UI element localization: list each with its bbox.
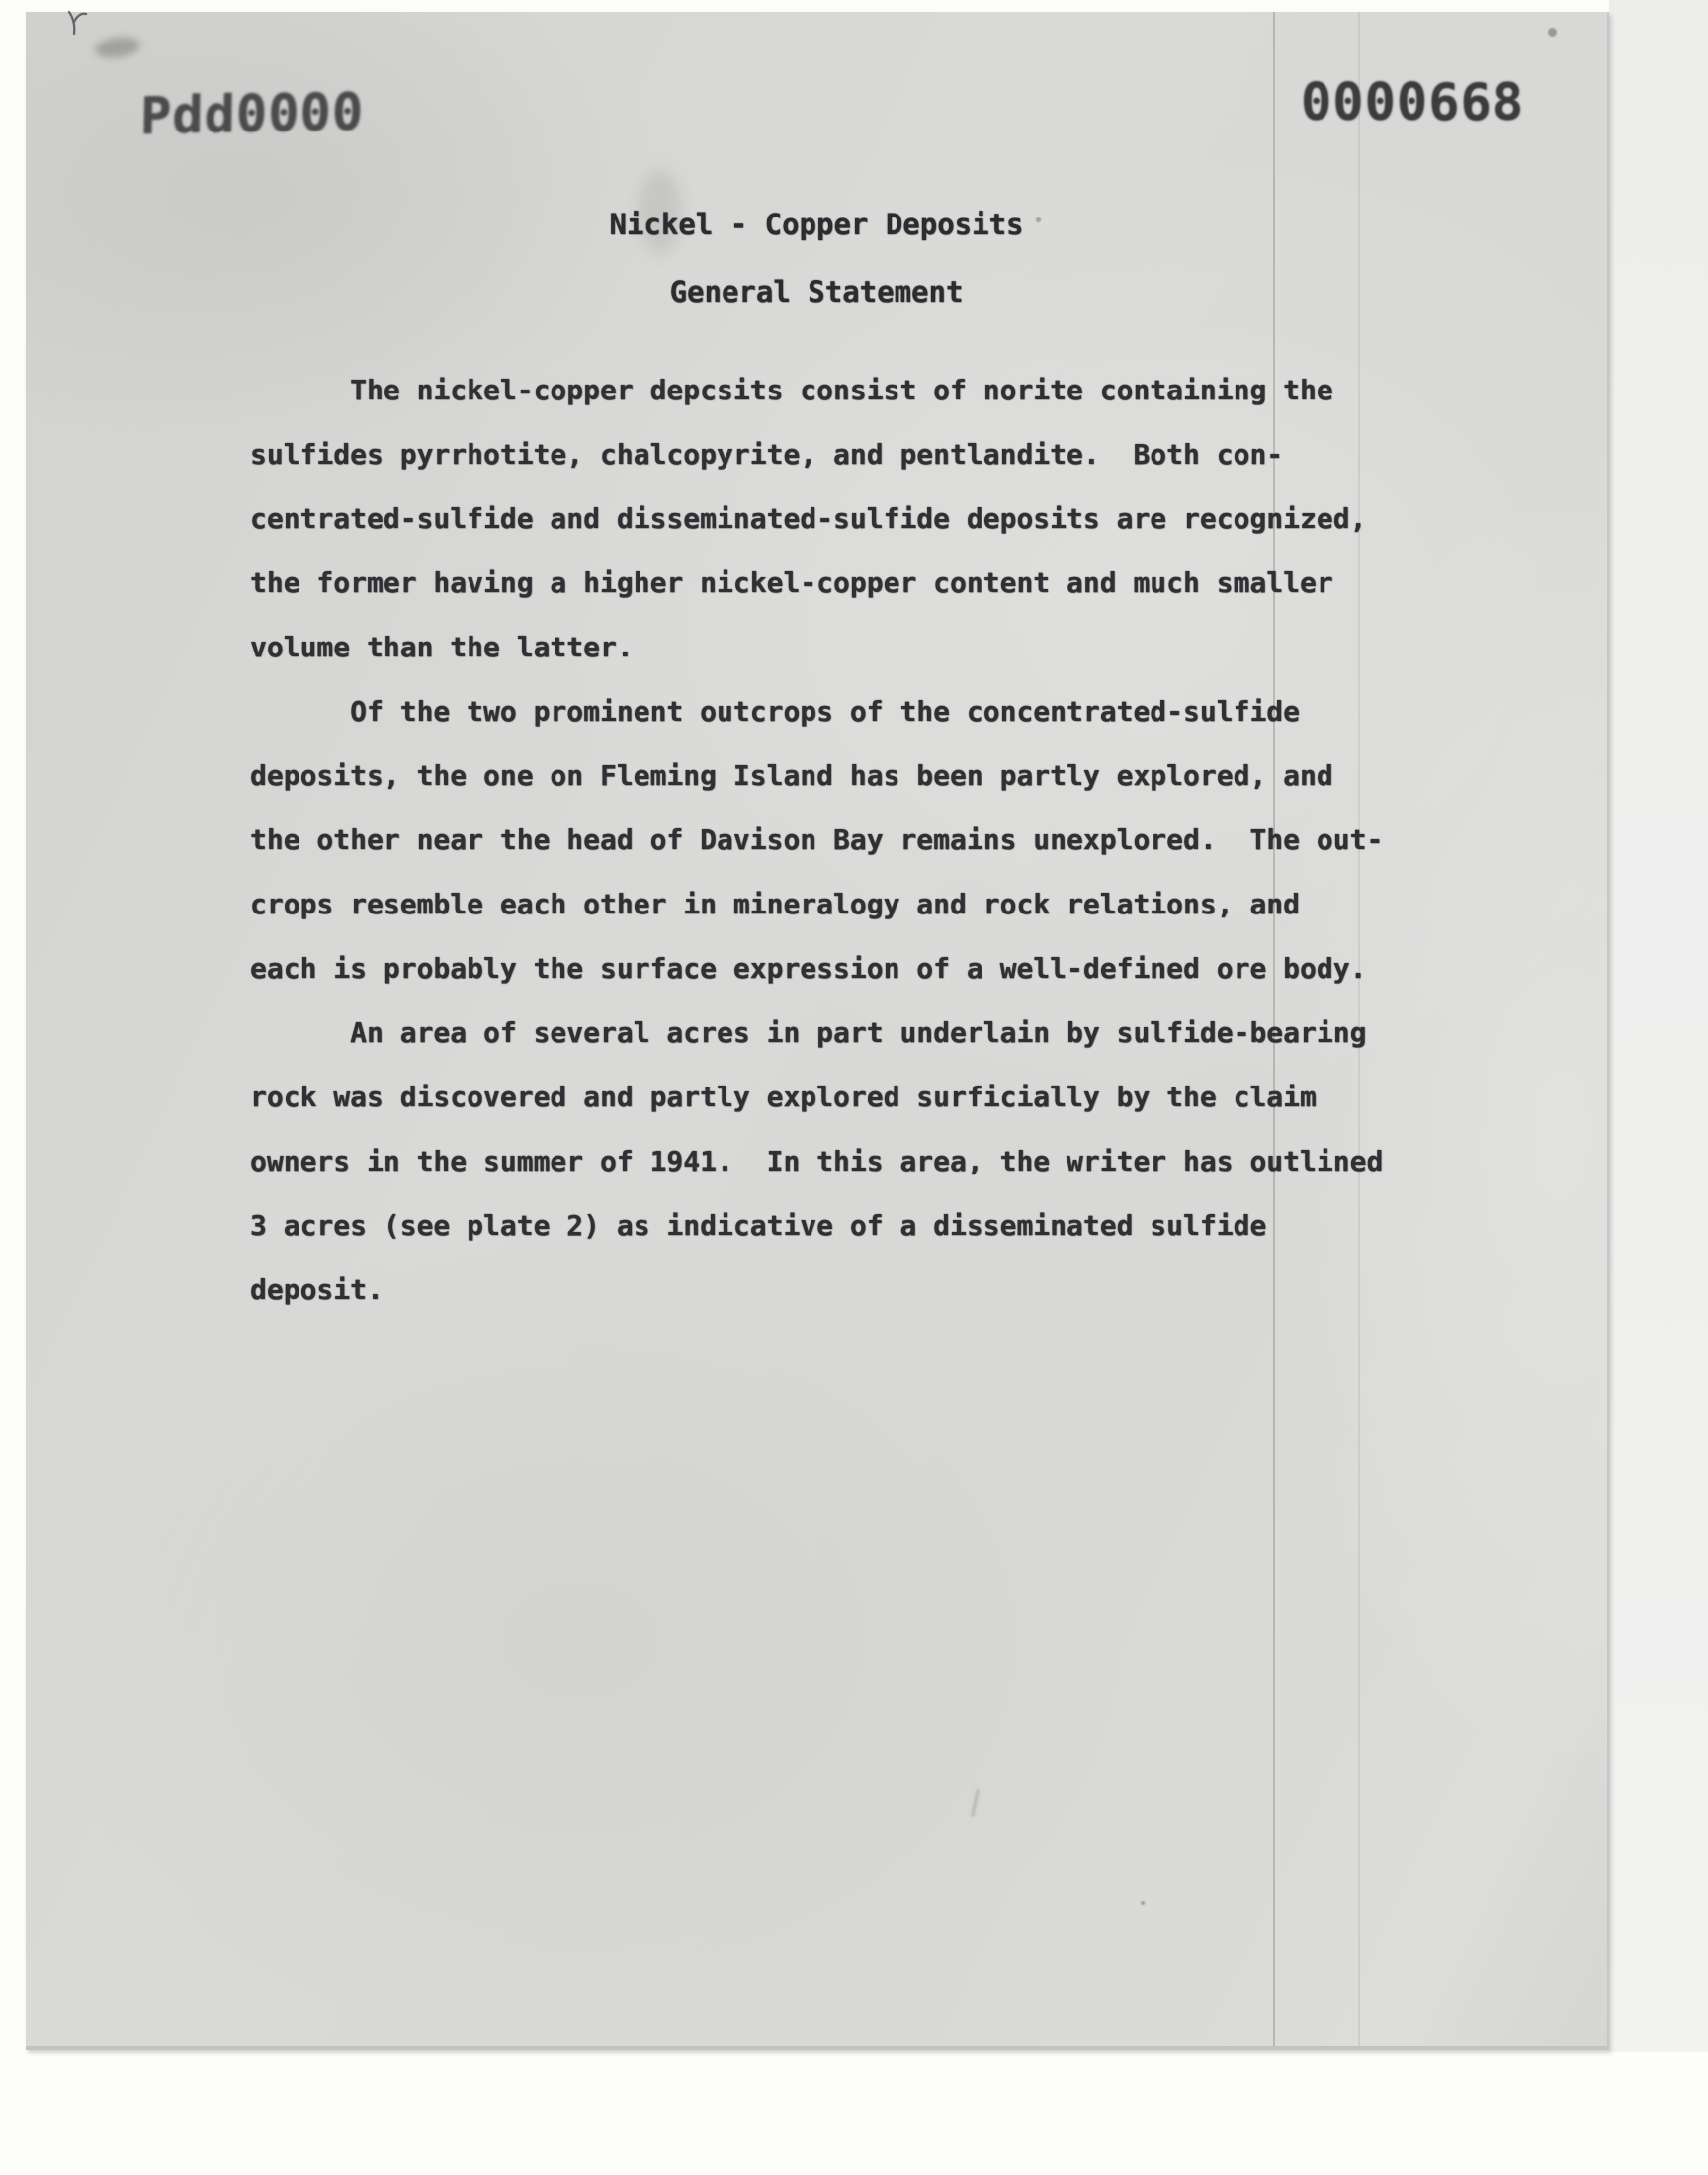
stamp-right: 0000668 — [1301, 73, 1524, 132]
document-body: The nickel-copper depcsits consist of no… — [250, 358, 1446, 1322]
text-line: deposit. — [250, 1258, 1446, 1322]
pen-mark-icon — [63, 8, 103, 42]
document-subtitle: General Statement — [26, 275, 1607, 308]
text-line: 3 acres (see plate 2) as indicative of a… — [250, 1193, 1446, 1258]
text-line: the other near the head of Davison Bay r… — [250, 808, 1446, 872]
faint-mark — [971, 1789, 980, 1817]
document-page: Pdd0000 0000668 Nickel - Copper Deposits… — [26, 12, 1609, 2050]
document-title: Nickel - Copper Deposits — [26, 208, 1607, 241]
text-line: crops resemble each other in mineralogy … — [250, 872, 1446, 936]
paper-speck — [1036, 217, 1041, 222]
text-line: The nickel-copper depcsits consist of no… — [250, 358, 1446, 422]
stamp-left: Pdd0000 — [139, 83, 364, 146]
scanner-backdrop — [1609, 0, 1708, 2052]
text-line: each is probably the surface expression … — [250, 936, 1446, 1000]
text-line: volume than the latter. — [250, 615, 1446, 679]
text-line: sulfides pyrrhotite, chalcopyrite, and p… — [250, 422, 1446, 486]
paper-speck — [1141, 1901, 1145, 1905]
text-line: Of the two prominent outcrops of the con… — [250, 679, 1446, 743]
text-line: the former having a higher nickel-copper… — [250, 551, 1446, 615]
text-line: centrated-sulfide and disseminated-sulfi… — [250, 486, 1446, 551]
text-line: owners in the summer of 1941. In this ar… — [250, 1129, 1446, 1193]
text-line: An area of several acres in part underla… — [250, 1000, 1446, 1065]
text-line: rock was discovered and partly explored … — [250, 1065, 1446, 1129]
text-line: deposits, the one on Fleming Island has … — [250, 743, 1446, 808]
paper-speck — [1548, 28, 1557, 37]
